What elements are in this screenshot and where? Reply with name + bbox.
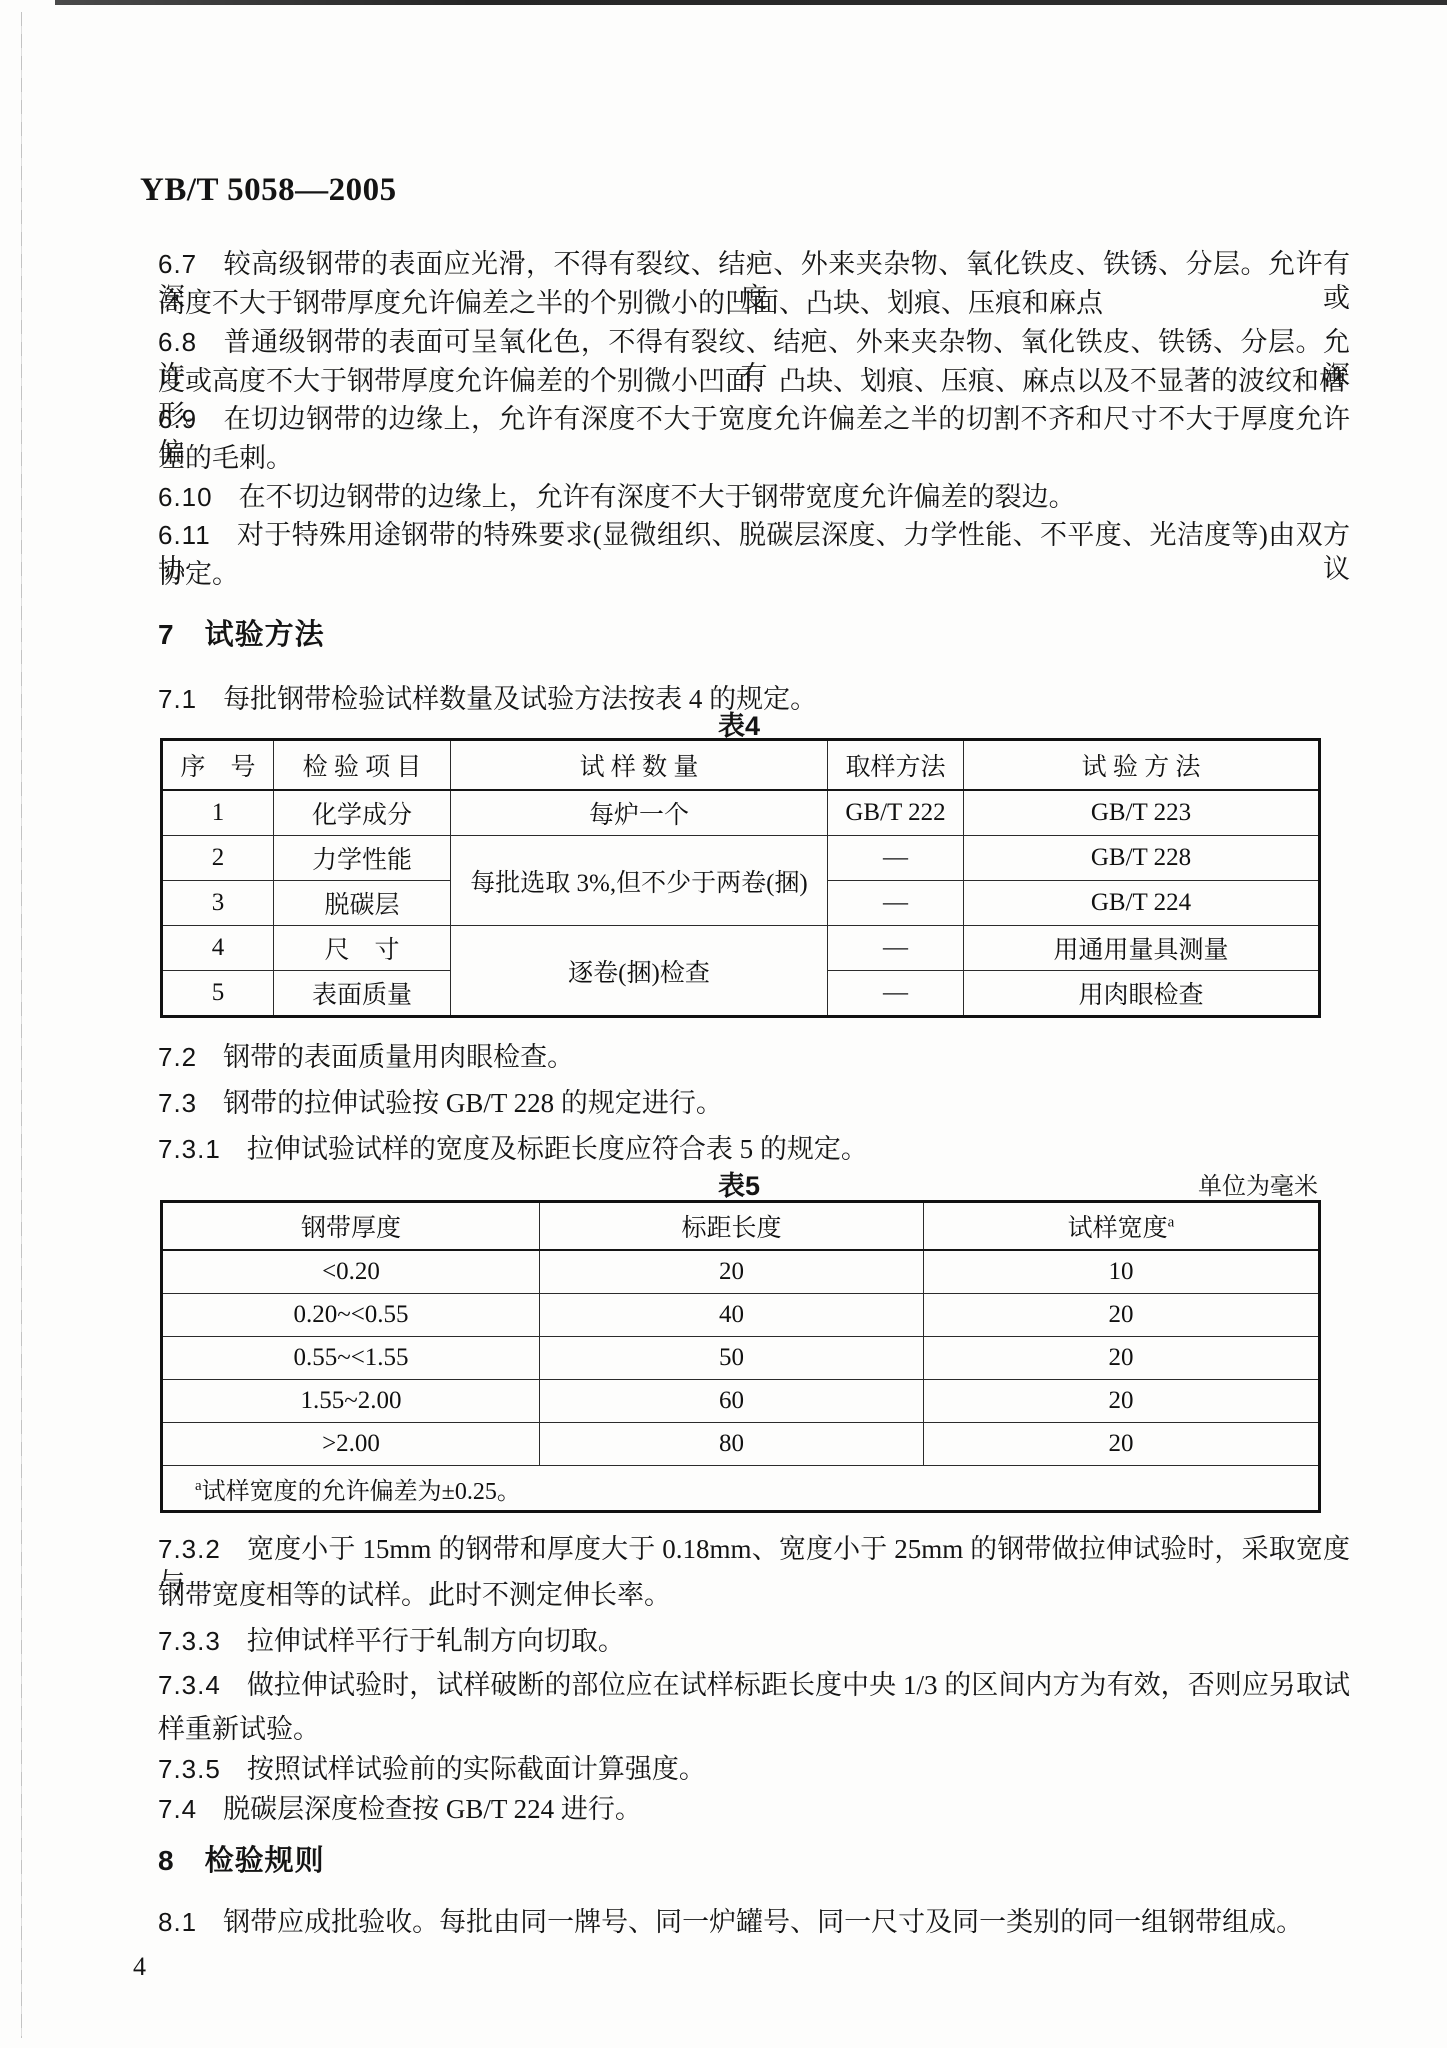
cell-qty-merged: 每批选取 3%,但不少于两卷(捆) (451, 836, 828, 926)
cell-width: 20 (924, 1337, 1320, 1380)
cell-seq: 2 (162, 836, 274, 881)
table-row: 1 化学成分 每炉一个 GB/T 222 GB/T 223 (162, 790, 1320, 836)
cell-sampling: — (828, 881, 964, 926)
cell-item: 尺 寸 (274, 926, 451, 971)
clause-number: 6.11 (158, 520, 211, 550)
clause-6-9-line-2: 差的毛刺。 (158, 441, 1350, 475)
cell-item: 脱碳层 (274, 881, 451, 926)
header-width-label: 试样宽度 (1068, 1215, 1168, 1242)
clause-text: 做拉伸试验时，试样破断的部位应在试样标距长度中央 1/3 的区间内方为有效，否则… (247, 1670, 1350, 1700)
cell-width: 20 (924, 1423, 1320, 1466)
cell-seq: 3 (162, 881, 274, 926)
clause-number: 7.2 (158, 1042, 197, 1072)
clause-number: 8.1 (158, 1907, 197, 1937)
clause-number: 7.3.4 (158, 1670, 221, 1700)
clause-number: 7.3.3 (158, 1626, 221, 1656)
clause-6-11-line-2: 协定。 (158, 557, 1350, 591)
cell-width: 20 (924, 1380, 1320, 1423)
table-4-header-method: 试 验 方 法 (964, 740, 1320, 791)
footnote-text: 试样宽度的允许偏差为±0.25。 (202, 1479, 521, 1505)
cell-sampling: — (828, 836, 964, 881)
clause-text: 钢带的表面质量用肉眼检查。 (223, 1042, 574, 1072)
clause-text: 钢带宽度相等的试样。此时不测定伸长率。 (158, 1580, 671, 1610)
scan-artifact-top-edge (55, 0, 1447, 5)
scan-artifact-left-edge (21, 12, 22, 2038)
table-5-unit-note: 单位为毫米 (160, 1166, 1318, 1201)
clause-7-2-line-1: 7.2钢带的表面质量用肉眼检查。 (158, 1040, 1350, 1074)
table-row: 2 力学性能 每批选取 3%,但不少于两卷(捆) — GB/T 228 (162, 836, 1320, 881)
clause-7-3-5-line-1: 7.3.5按照试样试验前的实际截面计算强度。 (158, 1752, 1350, 1786)
footnote-marker-a: a (1168, 1215, 1175, 1231)
cell-sampling: GB/T 222 (828, 790, 964, 836)
table-5-header-row: 钢带厚度 标距长度 试样宽度a (162, 1202, 1320, 1251)
clause-7-3-line-1: 7.3钢带的拉伸试验按 GB/T 228 的规定进行。 (158, 1086, 1350, 1120)
clause-number: 7.4 (158, 1794, 197, 1824)
cell-gauge: 40 (540, 1294, 924, 1337)
cell-seq: 5 (162, 971, 274, 1017)
clause-text: 样重新试验。 (158, 1714, 320, 1744)
standard-code-header: YB/T 5058—2005 (140, 172, 397, 209)
cell-method: 用通用量具测量 (964, 926, 1320, 971)
clause-number: 6.8 (158, 327, 197, 357)
clause-text: 按照试样试验前的实际截面计算强度。 (247, 1754, 706, 1784)
clause-7-3-2-line-2: 钢带宽度相等的试样。此时不测定伸长率。 (158, 1578, 1350, 1612)
cell-gauge: 20 (540, 1250, 924, 1294)
clause-8-1-line-1: 8.1钢带应成批验收。每批由同一牌号、同一炉罐号、同一尺寸及同一类别的同一组钢带… (158, 1905, 1350, 1939)
table-4-header-row: 序 号 检 验 项 目 试 样 数 量 取样方法 试 验 方 法 (162, 740, 1320, 791)
section-number: 7 (158, 619, 175, 650)
cell-gauge: 50 (540, 1337, 924, 1380)
clause-text: 钢带应成批验收。每批由同一牌号、同一炉罐号、同一尺寸及同一类别的同一组钢带组成。 (223, 1907, 1303, 1937)
clause-7-3-1-line-1: 7.3.1拉伸试验试样的宽度及标距长度应符合表 5 的规定。 (158, 1132, 1350, 1166)
cell-method: 用肉眼检查 (964, 971, 1320, 1017)
cell-qty: 每炉一个 (451, 790, 828, 836)
cell-width: 20 (924, 1294, 1320, 1337)
table-row: 0.20~<0.55 40 20 (162, 1294, 1320, 1337)
cell-method: GB/T 224 (964, 881, 1320, 926)
cell-thickness: >2.00 (162, 1423, 540, 1466)
table-row: 4 尺 寸 逐卷(捆)检查 — 用通用量具测量 (162, 926, 1320, 971)
section-8-heading: 8检验规则 (158, 1838, 325, 1879)
table-4-header-seq: 序 号 (162, 740, 274, 791)
cell-gauge: 80 (540, 1423, 924, 1466)
table-row: >2.00 80 20 (162, 1423, 1320, 1466)
table-5-header-gauge: 标距长度 (540, 1202, 924, 1251)
section-number: 8 (158, 1845, 175, 1876)
clause-text: 脱碳层深度检查按 GB/T 224 进行。 (223, 1794, 642, 1824)
clause-number: 6.7 (158, 249, 197, 279)
section-title: 检验规则 (205, 1845, 325, 1877)
table-4-header-qty: 试 样 数 量 (451, 740, 828, 791)
table-4: 序 号 检 验 项 目 试 样 数 量 取样方法 试 验 方 法 1 化学成分 … (160, 738, 1321, 1018)
table-row: <0.20 20 10 (162, 1250, 1320, 1294)
clause-text: 差的毛刺。 (158, 443, 293, 473)
clause-7-3-4-line-1: 7.3.4做拉伸试验时，试样破断的部位应在试样标距长度中央 1/3 的区间内方为… (158, 1668, 1350, 1702)
cell-item: 化学成分 (274, 790, 451, 836)
cell-thickness: <0.20 (162, 1250, 540, 1294)
table-5: 钢带厚度 标距长度 试样宽度a <0.20 20 10 0.20~<0.55 4… (160, 1200, 1321, 1513)
cell-sampling: — (828, 971, 964, 1017)
clause-6-7-line-2: 高度不大于钢带厚度允许偏差之半的个别微小的凹面、凸块、划痕、压痕和麻点 (158, 286, 1350, 320)
clause-number: 7.3 (158, 1088, 197, 1118)
clause-number: 6.10 (158, 482, 213, 512)
table-4-header-sampling: 取样方法 (828, 740, 964, 791)
cell-seq: 4 (162, 926, 274, 971)
cell-thickness: 0.55~<1.55 (162, 1337, 540, 1380)
cell-gauge: 60 (540, 1380, 924, 1423)
clause-6-10-line-1: 6.10在不切边钢带的边缘上，允许有深度不大于钢带宽度允许偏差的裂边。 (158, 480, 1350, 514)
table-row: 0.55~<1.55 50 20 (162, 1337, 1320, 1380)
table-5-footnote-row: a试样宽度的允许偏差为±0.25。 (162, 1466, 1320, 1512)
clause-text: 拉伸试样平行于轧制方向切取。 (247, 1626, 625, 1656)
cell-method: GB/T 223 (964, 790, 1320, 836)
cell-item: 力学性能 (274, 836, 451, 881)
cell-width: 10 (924, 1250, 1320, 1294)
clause-number: 7.3.5 (158, 1754, 221, 1784)
clause-text: 协定。 (158, 559, 239, 589)
cell-qty-merged: 逐卷(捆)检查 (451, 926, 828, 1017)
section-7-heading: 7试验方法 (158, 612, 325, 653)
table-5-footnote: a试样宽度的允许偏差为±0.25。 (162, 1466, 1320, 1512)
cell-thickness: 1.55~2.00 (162, 1380, 540, 1423)
clause-text: 高度不大于钢带厚度允许偏差之半的个别微小的凹面、凸块、划痕、压痕和麻点 (158, 288, 1103, 318)
clause-text: 在不切边钢带的边缘上，允许有深度不大于钢带宽度允许偏差的裂边。 (239, 482, 1076, 512)
cell-item: 表面质量 (274, 971, 451, 1017)
table-row: 1.55~2.00 60 20 (162, 1380, 1320, 1423)
clause-text: 钢带的拉伸试验按 GB/T 228 的规定进行。 (223, 1088, 723, 1118)
clause-number: 7.3.2 (158, 1534, 221, 1564)
table-5-header-thickness: 钢带厚度 (162, 1202, 540, 1251)
cell-thickness: 0.20~<0.55 (162, 1294, 540, 1337)
clause-7-3-4-line-2: 样重新试验。 (158, 1712, 1350, 1746)
clause-7-3-3-line-1: 7.3.3拉伸试样平行于轧制方向切取。 (158, 1624, 1350, 1658)
section-title: 试验方法 (205, 619, 325, 651)
clause-7-4-line-1: 7.4脱碳层深度检查按 GB/T 224 进行。 (158, 1792, 1350, 1826)
clause-text: 拉伸试验试样的宽度及标距长度应符合表 5 的规定。 (247, 1134, 868, 1164)
footnote-marker-a: a (195, 1478, 202, 1494)
cell-sampling: — (828, 926, 964, 971)
page-number: 4 (133, 1952, 146, 1982)
cell-method: GB/T 228 (964, 836, 1320, 881)
clause-number: 7.3.1 (158, 1134, 221, 1164)
clause-number: 6.9 (158, 404, 197, 434)
cell-seq: 1 (162, 790, 274, 836)
table-5-header-width: 试样宽度a (924, 1202, 1320, 1251)
table-4-header-item: 检 验 项 目 (274, 740, 451, 791)
